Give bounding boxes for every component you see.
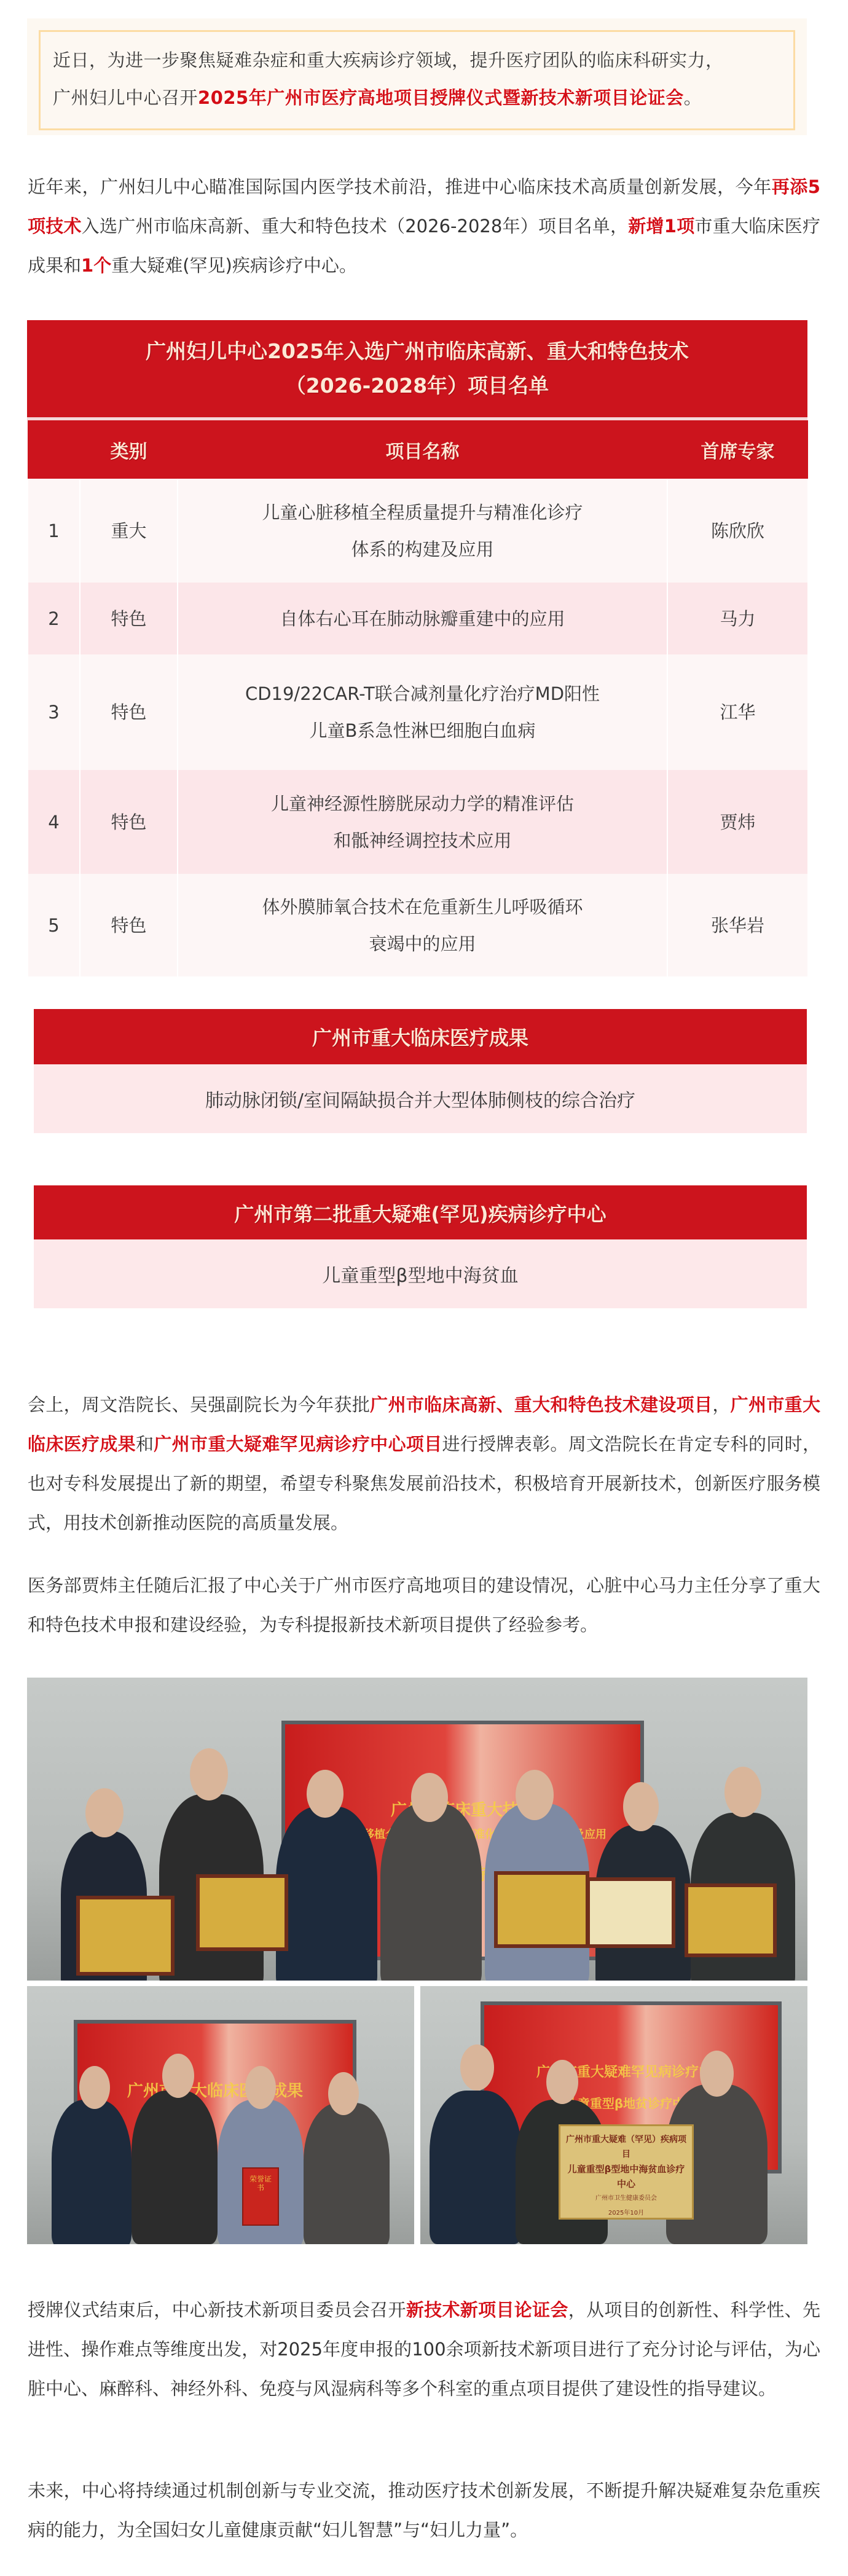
- row-project-name: CD19/22CAR-T联合减剂量化疗治疗MD阳性儿童B系急性淋巴细胞白血病: [178, 654, 667, 770]
- paragraph-ceremony: 会上，周文浩院长、吴强副院长为今年获批广州市临床高新、重大和特色技术建设项目，广…: [28, 1385, 820, 1542]
- paragraph-outlook: 未来，中心将持续通过机制创新与专业交流，推动医疗技术创新发展，不断提升解决疑难复…: [28, 2471, 820, 2550]
- row-project-name: 自体右心耳在肺动脉瓣重建中的应用: [178, 583, 667, 654]
- center-box-content: 儿童重型β型地中海贫血: [34, 1239, 807, 1308]
- row-no: 2: [28, 583, 80, 654]
- header-chief-expert: 首席专家: [667, 420, 808, 479]
- center-box-title: 广州市第二批重大疑难(罕见)疾病诊疗中心: [34, 1185, 807, 1241]
- table-row: 2 特色 自体右心耳在肺动脉瓣重建中的应用 马力: [28, 583, 808, 654]
- photo-rare-disease-center-award: 广州市重大疑难罕见病诊疗中心 儿童重型β地贫诊疗中心 广州市重大疑难（罕见）疾病…: [420, 1986, 807, 2244]
- table-row: 5 特色 体外膜肺氧合技术在危重新生儿呼吸循环衰竭中的应用 张华岩: [28, 874, 808, 976]
- intro-text: 近日，为进一步聚焦疑难杂症和重大疾病诊疗领域，提升医疗团队的临床科研实力， 广州…: [53, 42, 790, 117]
- table-row: 1 重大 儿童心脏移植全程质量提升与精准化诊疗体系的构建及应用 陈欣欣: [28, 479, 808, 583]
- photo-group-award: 广州市临床重大技术 儿童心脏移植全程质量提升与精准化诊疗体系的构建及应用 广州市…: [27, 1678, 807, 1981]
- row-expert: 张华岩: [667, 874, 808, 976]
- paragraph-review-meeting: 授牌仪式结束后，中心新技术新项目委员会召开新技术新项目论证会，从项目的创新性、科…: [28, 2290, 820, 2408]
- table-header-row: 类别 项目名称 首席专家: [28, 420, 808, 479]
- row-project-name: 儿童神经源性膀胱尿动力学的精准评估和骶神经调控技术应用: [178, 770, 667, 874]
- table-row: 3 特色 CD19/22CAR-T联合减剂量化疗治疗MD阳性儿童B系急性淋巴细胞…: [28, 654, 808, 770]
- highlight-new-1: 新增1项: [628, 216, 694, 237]
- row-no: 5: [28, 874, 80, 976]
- intro-line-1: 近日，为进一步聚焦疑难杂症和重大疾病诊疗领域，提升医疗团队的临床科研实力，: [53, 42, 790, 79]
- intro-highlight: 2025年广州市医疗高地项目授牌仪式暨新技术新项目论证会: [198, 87, 684, 108]
- row-category: 重大: [80, 479, 178, 583]
- achievement-box-title: 广州市重大临床医疗成果: [34, 1009, 807, 1064]
- row-category: 特色: [80, 874, 178, 976]
- row-project-name: 体外膜肺氧合技术在危重新生儿呼吸循环衰竭中的应用: [178, 874, 667, 976]
- intro-line-2: 广州妇儿中心召开2025年广州市医疗高地项目授牌仪式暨新技术新项目论证会。: [53, 79, 790, 117]
- row-project-name: 儿童心脏移植全程质量提升与精准化诊疗体系的构建及应用: [178, 479, 667, 583]
- row-no: 4: [28, 770, 80, 874]
- header-project-name: 项目名称: [178, 420, 667, 479]
- table-row: 4 特色 儿童神经源性膀胱尿动力学的精准评估和骶神经调控技术应用 贾炜: [28, 770, 808, 874]
- row-expert: 贾炜: [667, 770, 808, 874]
- achievement-box-content: 肺动脉闭锁/室间隔缺损合并大型体肺侧枝的综合治疗: [34, 1064, 807, 1133]
- header-no: [28, 420, 80, 479]
- header-category: 类别: [80, 420, 178, 479]
- row-category: 特色: [80, 583, 178, 654]
- row-expert: 陈欣欣: [667, 479, 808, 583]
- row-category: 特色: [80, 770, 178, 874]
- row-no: 1: [28, 479, 80, 583]
- highlight-1-center: 1个: [81, 255, 111, 276]
- row-expert: 马力: [667, 583, 808, 654]
- honor-certificate: 荣誉证书: [242, 2167, 279, 2226]
- photo-clinical-achievement-award: 广州市重大临床医疗成果 荣誉证书: [27, 1986, 414, 2244]
- rare-disease-plaque: 广州市重大疑难（罕见）疾病项目 儿童重型β型地中海贫血诊疗中心 广州市卫生健康委…: [559, 2124, 694, 2220]
- paragraph-report: 医务部贾炜主任随后汇报了中心关于广州市医疗高地项目的建设情况，心脏中心马力主任分…: [28, 1566, 820, 1644]
- row-category: 特色: [80, 654, 178, 770]
- row-no: 3: [28, 654, 80, 770]
- paragraph-intro-achievements: 近年来，广州妇儿中心瞄准国际国内医学技术前沿，推进中心临床技术高质量创新发展，今…: [28, 167, 820, 285]
- row-expert: 江华: [667, 654, 808, 770]
- projects-table: 类别 项目名称 首席专家 1 重大 儿童心脏移植全程质量提升与精准化诊疗体系的构…: [27, 420, 809, 976]
- projects-table-title: 广州妇儿中心2025年入选广州市临床高新、重大和特色技术 （2026-2028年…: [27, 320, 807, 417]
